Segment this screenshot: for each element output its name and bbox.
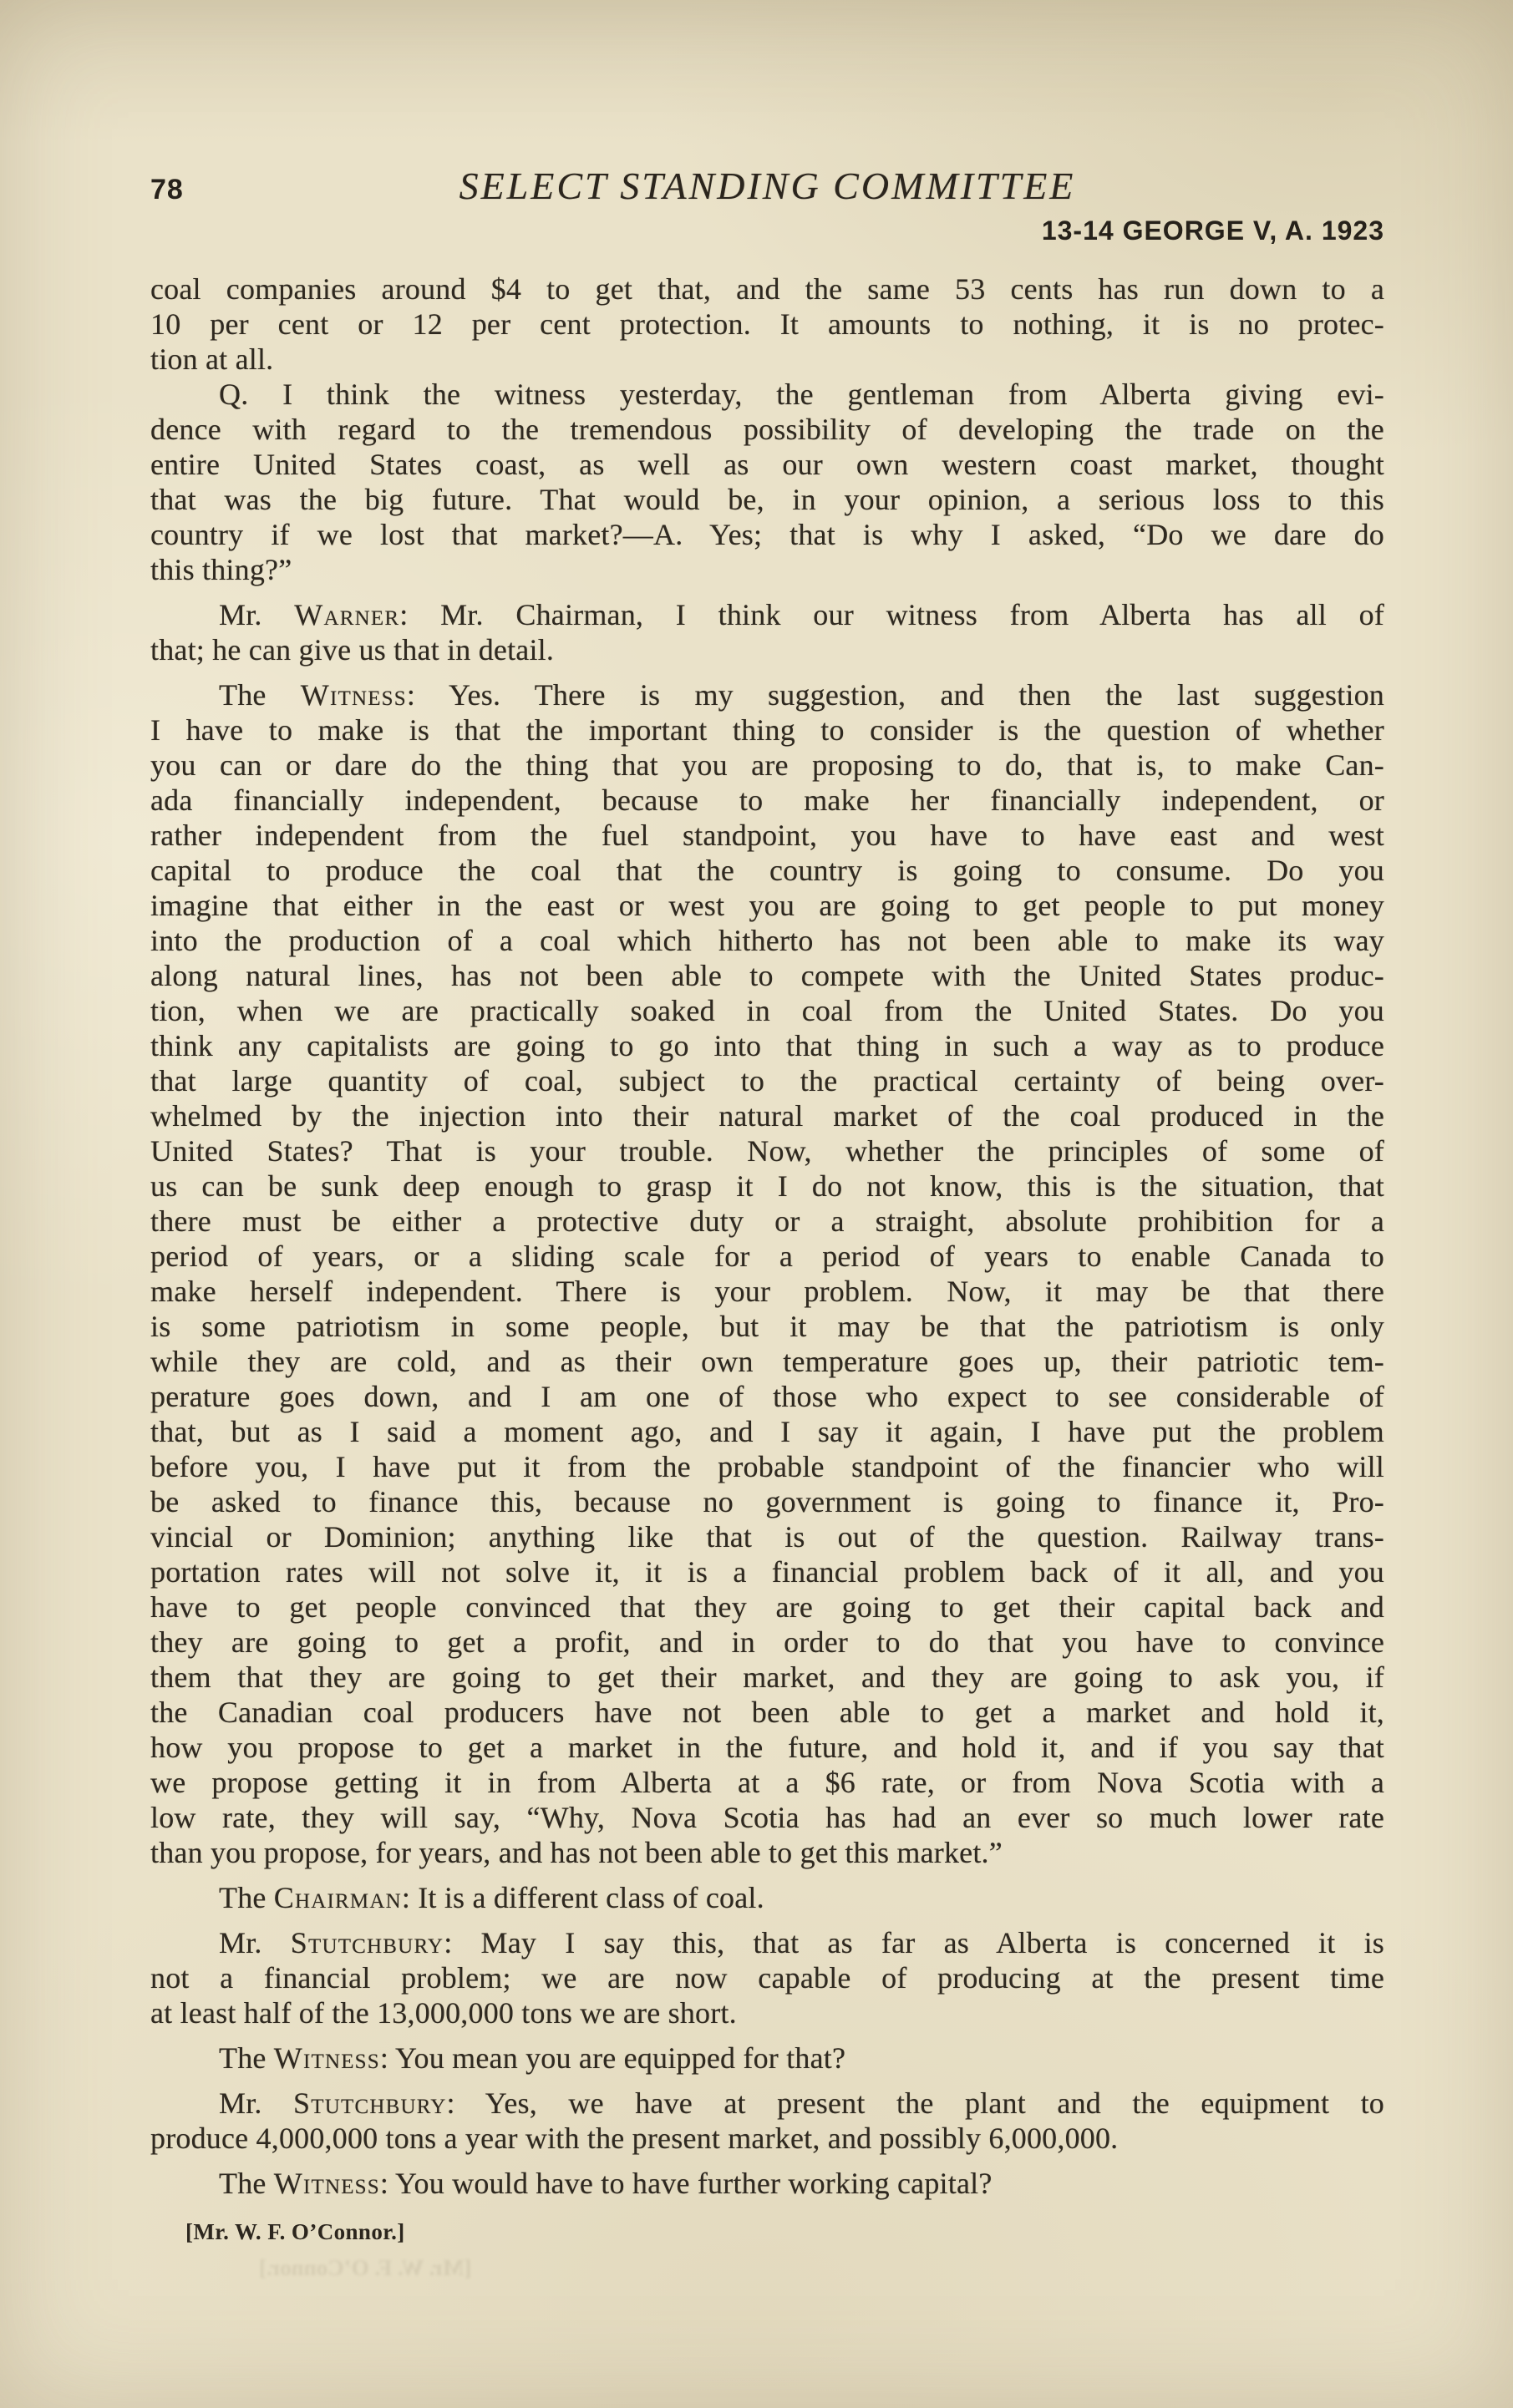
text-segment: capital to produce the coal that the cou… (150, 854, 1384, 887)
text-segment: : Yes, we have at present the plant and … (446, 2086, 1384, 2120)
scanned-page: 78 SELECT STANDING COMMITTEE 13-14 GEORG… (0, 0, 1513, 2408)
text-segment: dence with regard to the tremendous poss… (150, 413, 1384, 446)
transcript-line: Mr. Stutchbury: Yes, we have at present … (150, 2086, 1384, 2121)
page-number: 78 (150, 174, 184, 206)
text-segment: perature goes down, and I am one of thos… (150, 1380, 1384, 1413)
running-title: SELECT STANDING COMMITTEE (459, 164, 1076, 208)
transcript-line: along natural lines, has not been able t… (150, 958, 1384, 993)
transcript-paragraph: The Witness: You would have to have furt… (150, 2166, 1384, 2201)
transcript-line: there must be either a protective duty o… (150, 1204, 1384, 1239)
text-segment: make herself independent. There is your … (150, 1275, 1384, 1308)
transcript-line: not a financial problem; we are now capa… (150, 1960, 1384, 1995)
transcript-paragraph: The Chairman: It is a different class of… (150, 1880, 1384, 1915)
text-segment: they are going to get a profit, and in o… (150, 1625, 1384, 1659)
transcript-line: produce 4,000,000 tons a year with the p… (150, 2121, 1384, 2156)
text-segment: is some patriotism in some people, but i… (150, 1310, 1384, 1343)
text-segment: produce 4,000,000 tons a year with the p… (150, 2122, 1118, 2155)
text-segment: how you propose to get a market in the f… (150, 1731, 1384, 1764)
text-segment: Mr. (219, 1926, 291, 1959)
text-segment: into the production of a coal which hith… (150, 924, 1384, 957)
text-segment: imagine that either in the east or west … (150, 889, 1384, 922)
text-segment: Mr. (219, 598, 294, 631)
text-segment: United States? That is your trouble. Now… (150, 1134, 1384, 1168)
text-segment: that; he can give us that in detail. (150, 633, 554, 667)
transcript-paragraph: Mr. Stutchbury: May I say this, that as … (150, 1925, 1384, 2030)
text-segment: there must be either a protective duty o… (150, 1204, 1384, 1238)
speaker-name: Stutchbury (291, 1926, 444, 1959)
bleed-through-text: [Mr. W. F. O’Connor.] (259, 2255, 471, 2281)
text-segment: you can or dare do the thing that you ar… (150, 748, 1384, 782)
transcript-paragraph: Mr. Warner: Mr. Chairman, I think our wi… (150, 597, 1384, 667)
text-segment: tion at all. (150, 342, 273, 376)
transcript-line: you can or dare do the thing that you ar… (150, 748, 1384, 783)
transcript-line: entire United States coast, as well as o… (150, 447, 1384, 482)
text-segment: : May I say this, that as far as Alberta… (444, 1926, 1384, 1959)
text-segment: while they are cold, and as their own te… (150, 1345, 1384, 1378)
text-segment: : Mr. Chairman, I think our witness from… (399, 598, 1384, 631)
transcript-line: dence with regard to the tremendous poss… (150, 412, 1384, 447)
transcript-line: us can be sunk deep enough to grasp it I… (150, 1169, 1384, 1204)
text-segment: rather independent from the fuel standpo… (150, 819, 1384, 852)
text-segment: we propose getting it in from Alberta at… (150, 1766, 1384, 1799)
transcript-line: have to get people convinced that they a… (150, 1589, 1384, 1625)
transcript-paragraph: The Witness: Yes. There is my suggestion… (150, 677, 1384, 1870)
transcript-line: while they are cold, and as their own te… (150, 1344, 1384, 1379)
transcript-line: Mr. Warner: Mr. Chairman, I think our wi… (150, 597, 1384, 632)
transcript-line: is some patriotism in some people, but i… (150, 1309, 1384, 1344)
transcript-line: period of years, or a sliding scale for … (150, 1239, 1384, 1274)
text-segment: : You would have to have further working… (380, 2167, 993, 2200)
text-segment: The (219, 2041, 274, 2075)
text-segment: Mr. (219, 2086, 293, 2120)
transcript-line: whelmed by the injection into their natu… (150, 1098, 1384, 1133)
transcript-line: think any capitalists are going to go in… (150, 1028, 1384, 1063)
speaker-name: Witness (274, 2167, 380, 2200)
transcript-body: coal companies around $4 to get that, an… (150, 271, 1384, 2201)
text-segment: think any capitalists are going to go in… (150, 1029, 1384, 1062)
text-segment: that large quantity of coal, subject to … (150, 1064, 1384, 1098)
transcript-line: that was the big future. That would be, … (150, 482, 1384, 517)
transcript-line: into the production of a coal which hith… (150, 923, 1384, 958)
footer-attribution: [Mr. W. F. O’Connor.] (185, 2219, 1384, 2245)
transcript-paragraph: Mr. Stutchbury: Yes, we have at present … (150, 2086, 1384, 2156)
transcript-line: vincial or Dominion; anything like that … (150, 1519, 1384, 1554)
text-segment: I have to make is that the important thi… (150, 713, 1384, 747)
transcript-line: perature goes down, and I am one of thos… (150, 1379, 1384, 1414)
text-segment: The (219, 2167, 274, 2200)
text-segment: period of years, or a sliding scale for … (150, 1239, 1384, 1273)
transcript-line: that large quantity of coal, subject to … (150, 1063, 1384, 1098)
text-segment: entire United States coast, as well as o… (150, 448, 1384, 481)
text-segment: : Yes. There is my suggestion, and then … (407, 678, 1384, 712)
text-segment: before you, I have put it from the proba… (150, 1450, 1384, 1483)
text-segment: vincial or Dominion; anything like that … (150, 1520, 1384, 1554)
transcript-paragraph: The Witness: You mean you are equipped f… (150, 2040, 1384, 2076)
text-segment: The (219, 678, 301, 712)
transcript-line: The Witness: You would have to have furt… (150, 2166, 1384, 2201)
text-segment: be asked to finance this, because no gov… (150, 1485, 1384, 1518)
transcript-line: be asked to finance this, because no gov… (150, 1484, 1384, 1519)
page-header: 78 SELECT STANDING COMMITTEE (150, 0, 1384, 208)
text-segment: tion, when we are practically soaked in … (150, 994, 1384, 1027)
text-segment: : It is a different class of coal. (402, 1881, 764, 1914)
transcript-line: before you, I have put it from the proba… (150, 1449, 1384, 1484)
text-segment: portation rates will not solve it, it is… (150, 1555, 1384, 1589)
text-segment: country if we lost that market?—A. Yes; … (150, 518, 1384, 551)
transcript-paragraph: coal companies around $4 to get that, an… (150, 271, 1384, 377)
transcript-line: portation rates will not solve it, it is… (150, 1554, 1384, 1589)
text-segment: coal companies around $4 to get that, an… (150, 272, 1384, 306)
transcript-line: country if we lost that market?—A. Yes; … (150, 517, 1384, 552)
transcript-line: The Witness: Yes. There is my suggestion… (150, 677, 1384, 712)
text-segment: the Canadian coal producers have not bee… (150, 1696, 1384, 1729)
text-segment: than you propose, for years, and has not… (150, 1836, 1003, 1869)
speaker-name: Chairman (274, 1881, 402, 1914)
text-segment: have to get people convinced that they a… (150, 1590, 1384, 1624)
transcript-line: tion at all. (150, 342, 1384, 377)
transcript-line: how you propose to get a market in the f… (150, 1730, 1384, 1765)
transcript-line: make herself independent. There is your … (150, 1274, 1384, 1309)
speaker-name: Warner (294, 598, 399, 631)
transcript-line: United States? That is your trouble. Now… (150, 1133, 1384, 1169)
text-segment: ada financially independent, because to … (150, 783, 1384, 817)
transcript-line: The Chairman: It is a different class of… (150, 1880, 1384, 1915)
text-segment: that, but as I said a moment ago, and I … (150, 1415, 1384, 1448)
transcript-paragraph: Q. I think the witness yesterday, the ge… (150, 377, 1384, 587)
speaker-name: Witness (301, 678, 407, 712)
transcript-line: capital to produce the coal that the cou… (150, 853, 1384, 888)
page-content: 78 SELECT STANDING COMMITTEE 13-14 GEORG… (150, 0, 1384, 2245)
text-segment: not a financial problem; we are now capa… (150, 1961, 1384, 1995)
transcript-line: 10 per cent or 12 per cent protection. I… (150, 307, 1384, 342)
transcript-line: they are going to get a profit, and in o… (150, 1625, 1384, 1660)
speaker-name: Witness (274, 2041, 380, 2075)
transcript-line: than you propose, for years, and has not… (150, 1835, 1384, 1870)
text-segment: whelmed by the injection into their natu… (150, 1099, 1384, 1133)
text-segment: low rate, they will say, “Why, Nova Scot… (150, 1801, 1384, 1834)
transcript-line: imagine that either in the east or west … (150, 888, 1384, 923)
transcript-line: I have to make is that the important thi… (150, 712, 1384, 748)
text-segment: that was the big future. That would be, … (150, 483, 1384, 516)
text-segment: Q. I think the witness yesterday, the ge… (219, 378, 1384, 411)
transcript-line: that; he can give us that in detail. (150, 632, 1384, 667)
text-segment: 10 per cent or 12 per cent protection. I… (150, 307, 1384, 341)
transcript-line: ada financially independent, because to … (150, 783, 1384, 818)
text-segment: this thing?” (150, 553, 292, 586)
transcript-line: we propose getting it in from Alberta at… (150, 1765, 1384, 1800)
text-segment: The (219, 1881, 274, 1914)
transcript-line: at least half of the 13,000,000 tons we … (150, 1995, 1384, 2030)
text-segment: : You mean you are equipped for that? (380, 2041, 845, 2075)
transcript-line: tion, when we are practically soaked in … (150, 993, 1384, 1028)
session-line: 13-14 GEORGE V, A. 1923 (150, 215, 1384, 246)
text-segment: us can be sunk deep enough to grasp it I… (150, 1169, 1384, 1203)
speaker-name: Stutchbury (293, 2086, 446, 2120)
transcript-line: them that they are going to get their ma… (150, 1660, 1384, 1695)
text-segment: at least half of the 13,000,000 tons we … (150, 1996, 737, 2030)
transcript-line: the Canadian coal producers have not bee… (150, 1695, 1384, 1730)
transcript-line: The Witness: You mean you are equipped f… (150, 2040, 1384, 2076)
transcript-line: rather independent from the fuel standpo… (150, 818, 1384, 853)
transcript-line: Q. I think the witness yesterday, the ge… (150, 377, 1384, 412)
transcript-line: coal companies around $4 to get that, an… (150, 271, 1384, 307)
text-segment: along natural lines, has not been able t… (150, 959, 1384, 992)
transcript-line: low rate, they will say, “Why, Nova Scot… (150, 1800, 1384, 1835)
transcript-line: Mr. Stutchbury: May I say this, that as … (150, 1925, 1384, 1960)
transcript-line: that, but as I said a moment ago, and I … (150, 1414, 1384, 1449)
text-segment: them that they are going to get their ma… (150, 1660, 1384, 1694)
transcript-line: this thing?” (150, 552, 1384, 587)
